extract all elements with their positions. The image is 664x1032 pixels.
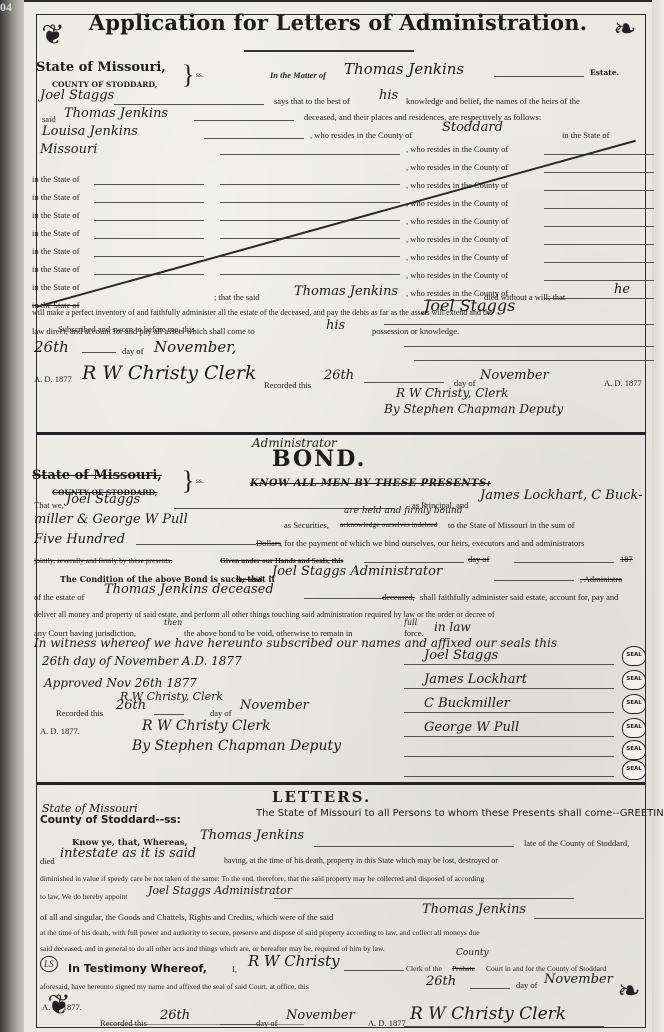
bond-title: BOND. <box>272 446 366 472</box>
recorded-label: Recorded this <box>264 380 311 390</box>
in-state-text: in the State of <box>32 228 79 238</box>
signatory: C Buckmiller <box>424 696 510 711</box>
seal-icon: SEAL <box>622 646 646 666</box>
blank-line <box>544 190 654 191</box>
bond-estate-name: Thomas Jenkins deceased <box>104 582 274 597</box>
who-resides-text: , who resides in the County of <box>406 234 508 244</box>
seal-icon: SEAL <box>622 670 646 690</box>
in-state-text: in the State of <box>32 282 79 292</box>
ss-label: ss. <box>196 476 204 485</box>
brace: } <box>182 468 194 494</box>
pronoun-his: his <box>379 88 398 103</box>
securities-names-1: James Lockhart, C Buck- <box>480 488 643 503</box>
application-title: Application for Letters of Administratio… <box>24 10 652 35</box>
signature-line <box>404 736 614 737</box>
blank-line <box>544 280 654 281</box>
witness-date: 26th day of November A.D. 1877 <box>42 654 242 668</box>
blank-line <box>494 76 584 77</box>
matter-name: Thomas Jenkins <box>344 60 464 78</box>
letters-section: LETTERS. State of Missouri County of Sto… <box>24 782 652 1032</box>
in-state-text: in the State of <box>32 210 79 220</box>
blank-line <box>314 846 514 847</box>
estate-label: Estate. <box>590 68 619 77</box>
letters-month: November <box>544 972 613 987</box>
sworn-day: 26th <box>34 338 69 356</box>
that-we-text: That we, <box>34 500 64 510</box>
who-resides-text: , who resides in the County of <box>406 270 508 280</box>
blank-line <box>220 274 400 275</box>
signature-line <box>404 664 614 665</box>
document-sheet: ❦ ❧ ❦ ❧ Application for Letters of Admin… <box>24 2 652 1032</box>
signatory: Joel Staggs <box>424 648 498 663</box>
aforesaid-text: aforesaid, have hereunto signed my name … <box>40 982 309 991</box>
says-text: says that to the best of <box>274 96 350 106</box>
blank-line <box>136 544 256 545</box>
day-of-text: day of <box>210 708 231 718</box>
died-text: died <box>40 856 55 866</box>
letters-clerk-name: R W Christy <box>248 952 340 970</box>
intestate-text: intestate as it is said <box>60 846 196 861</box>
blank-line <box>344 970 404 971</box>
state-label: State of Missouri, <box>36 60 166 75</box>
sworn-month: November, <box>154 338 237 356</box>
administra-text: , Administra <box>580 574 622 584</box>
county-annotation: County <box>456 948 489 958</box>
principal-name: Joel Staggs <box>66 492 140 507</box>
payment-text: , for the payment of which we bind ourse… <box>280 538 584 548</box>
blank-line <box>220 184 400 185</box>
time-text: at the time of his death, with full powe… <box>40 928 480 937</box>
signature-line <box>414 360 654 361</box>
recorded-month: November <box>480 368 549 383</box>
recorded-month: November <box>286 1008 355 1023</box>
recorded-label: Recorded this <box>100 1018 147 1028</box>
heir-state: Missouri <box>40 142 97 157</box>
letters-year: A. D. 1877. <box>42 1002 82 1012</box>
application-section: Application for Letters of Administratio… <box>24 2 652 432</box>
signature-line <box>404 756 614 757</box>
day-of-text: day of <box>122 346 143 356</box>
recorded-day: 26th <box>116 698 146 713</box>
possession-text: possession or knowledge. <box>372 326 459 336</box>
letters-county-label: County of Stoddard--ss: <box>40 814 181 826</box>
jointly-text: jointly, severally and firmly by these p… <box>34 556 172 565</box>
approved-text: Approved Nov 26th 1877 <box>44 676 197 690</box>
said-name: Thomas Jenkins <box>64 106 168 121</box>
blank-line <box>94 256 204 257</box>
blank-line <box>534 918 644 919</box>
to-state-text: to the State of Missouri in the sum of <box>448 520 575 530</box>
applicant-name: Joel Staggs <box>40 88 114 103</box>
recorded-month: November <box>240 698 309 713</box>
blank-line <box>274 898 574 899</box>
pronoun-he: he <box>614 282 630 297</box>
bond-sum: Five Hundred <box>34 532 125 547</box>
in-state-text: in the State of <box>562 130 609 140</box>
blank-line <box>194 120 294 121</box>
in-state-text: in the State of <box>32 246 79 256</box>
signature-line <box>404 712 614 713</box>
full-annot: full <box>404 618 417 627</box>
blank-line <box>94 220 204 221</box>
blank-line <box>94 202 204 203</box>
bond-state-label: State of Missouri, <box>32 468 162 483</box>
scan-left-edge <box>0 0 24 1032</box>
bond-section: Administrator BOND. State of Missouri, C… <box>24 434 652 774</box>
seal-icon: SEAL <box>622 718 646 738</box>
blank-line <box>514 562 614 563</box>
letters-appointee: Joel Staggs Administrator <box>148 884 292 897</box>
recorded-day: 26th <box>160 1008 190 1023</box>
recorded-signature-2: By Stephen Chapman Deputy <box>384 402 563 416</box>
blank-line <box>304 598 384 599</box>
letters-deceased-name: Thomas Jenkins <box>200 828 304 843</box>
signatory: James Lockhart <box>424 672 527 687</box>
subscribed-text: Subscribed and sworn to before me, this <box>58 324 195 334</box>
in-state-text: in the State of <box>32 264 79 274</box>
knowledge-text: knowledge and belief, the names of the h… <box>406 96 580 106</box>
dollars-text: Dollars <box>256 538 281 548</box>
blank-line <box>470 988 510 989</box>
clerk-of-text: Clerk of the <box>406 964 442 973</box>
blank-line <box>204 138 304 139</box>
ss-label: ss. <box>196 70 204 79</box>
recorded-day: 26th <box>324 368 354 383</box>
then-annot: then <box>164 618 182 627</box>
securities-annotation: are held and firmly bound <box>344 506 462 516</box>
letters-goods-name: Thomas Jenkins <box>422 902 526 917</box>
blank-line <box>544 208 654 209</box>
blank-line <box>544 244 654 245</box>
deliver-text: deliver all money and property of said e… <box>34 610 495 619</box>
administrator-name: Joel Staggs Administrator <box>272 564 442 579</box>
decedent-name: Thomas Jenkins <box>294 284 398 299</box>
as-securities-text: as Securities, <box>284 520 329 530</box>
deceased-struck: deceased, <box>382 592 415 602</box>
bond-clerk-signature: R W Christy Clerk <box>142 718 271 734</box>
blank-line <box>494 580 574 581</box>
blank-line <box>364 382 444 383</box>
know-all-men: KNOW ALL MEN BY THESE PRESENTS: <box>250 478 491 489</box>
blank-line <box>114 104 264 105</box>
bond-year: A. D. 1877. <box>40 726 80 736</box>
who-resides-text: , who resides in the County of <box>406 162 508 172</box>
blank-line <box>154 714 184 715</box>
late-of-text: late of the County of Stoddard, <box>524 838 629 848</box>
probate-struck: Probate <box>452 964 475 973</box>
letters-clerk-signature: R W Christy Clerk <box>410 1004 566 1024</box>
recorded-label: Recorded this <box>56 708 103 718</box>
signature-line <box>404 776 614 777</box>
faithfully-text: shall faithfully administer said estate,… <box>420 592 618 602</box>
who-resides-text: , who resides in the County of <box>406 144 508 154</box>
in-state-text: in the State of <box>32 192 79 202</box>
heir-name: Louisa Jenkins <box>42 124 138 139</box>
brace: } <box>182 62 194 88</box>
signatory: George W Pull <box>424 720 519 735</box>
blank-line <box>94 184 204 185</box>
letters-greeting: The State of Missouri to all Persons to … <box>256 808 664 819</box>
blank-line <box>220 154 400 155</box>
blank-line <box>544 262 654 263</box>
goods-text: of all and singular, the Goods and Chatt… <box>40 912 333 922</box>
in-state-text: in the State of <box>32 174 79 184</box>
blank-line <box>220 256 400 257</box>
applicant-signature: Joel Staggs <box>424 296 515 315</box>
seal-icon: SEAL <box>622 740 646 760</box>
cancel-diagonal-line <box>36 140 636 308</box>
recorded-year: A. D. 1877 <box>368 1018 406 1028</box>
blank-line <box>544 172 654 173</box>
blank-line <box>544 226 654 227</box>
title-rule <box>244 50 414 52</box>
signature-line <box>404 688 614 689</box>
matter-label: In the Matter of <box>270 70 326 80</box>
i-text: I, <box>232 964 237 974</box>
recorded-year: A. D. 1877 <box>604 378 642 388</box>
deceased-text: deceased, and their places and residence… <box>304 112 541 122</box>
signature-line <box>384 324 654 325</box>
to-law-text: to law, We do hereby appoint <box>40 892 128 901</box>
pronoun-his-2: his <box>326 318 345 333</box>
day-of-text: day of <box>256 1018 277 1028</box>
year-text: 187 <box>620 554 633 564</box>
of-estate-text: of the estate of <box>34 592 84 602</box>
blank-line <box>364 562 464 563</box>
blank-line <box>220 220 400 221</box>
page-number: 04 <box>0 0 12 15</box>
securities-struck-text: acknowledge ourselves indebted <box>340 520 437 529</box>
diminished-text: diminished in value if speedy care be no… <box>40 874 484 883</box>
who-resides-text: , who resides in the County of <box>310 130 412 140</box>
recorded-signature-1: R W Christy, Clerk <box>396 386 508 400</box>
having-text: having, at the time of his death, proper… <box>224 856 498 865</box>
bond-deputy-signature: By Stephen Chapman Deputy <box>132 738 341 754</box>
blank-line <box>104 1024 304 1025</box>
blank-line <box>220 202 400 203</box>
blank-line <box>94 238 204 239</box>
day-of-text: day of <box>516 980 537 990</box>
in-law-text: in law <box>434 620 471 634</box>
testimony-text: In Testimony Whereof, <box>68 962 207 975</box>
letters-title: LETTERS. <box>272 788 371 806</box>
day-of-text: day of <box>468 554 489 564</box>
sworn-year: A. D. 1877 <box>34 374 72 384</box>
ls-seal-icon: LS <box>40 956 58 972</box>
that-said-text: ; that the said <box>214 292 260 302</box>
securities-names-2: miller & George W Pull <box>34 512 188 527</box>
signature-line <box>404 1026 604 1027</box>
who-resides-text: , who resides in the County of <box>406 216 508 226</box>
letters-day: 26th <box>426 974 456 989</box>
blank-line <box>220 238 400 239</box>
signature-line <box>404 346 654 347</box>
clerk-signature: R W Christy Clerk <box>82 362 256 384</box>
seal-icon: SEAL <box>622 694 646 714</box>
said-label: said <box>42 114 56 124</box>
heir-county: Stoddard <box>442 120 503 135</box>
who-resides-text: , who resides in the County of <box>406 252 508 262</box>
seal-icon: SEAL <box>622 760 646 780</box>
blank-line <box>544 154 654 155</box>
blank-line <box>82 352 116 353</box>
